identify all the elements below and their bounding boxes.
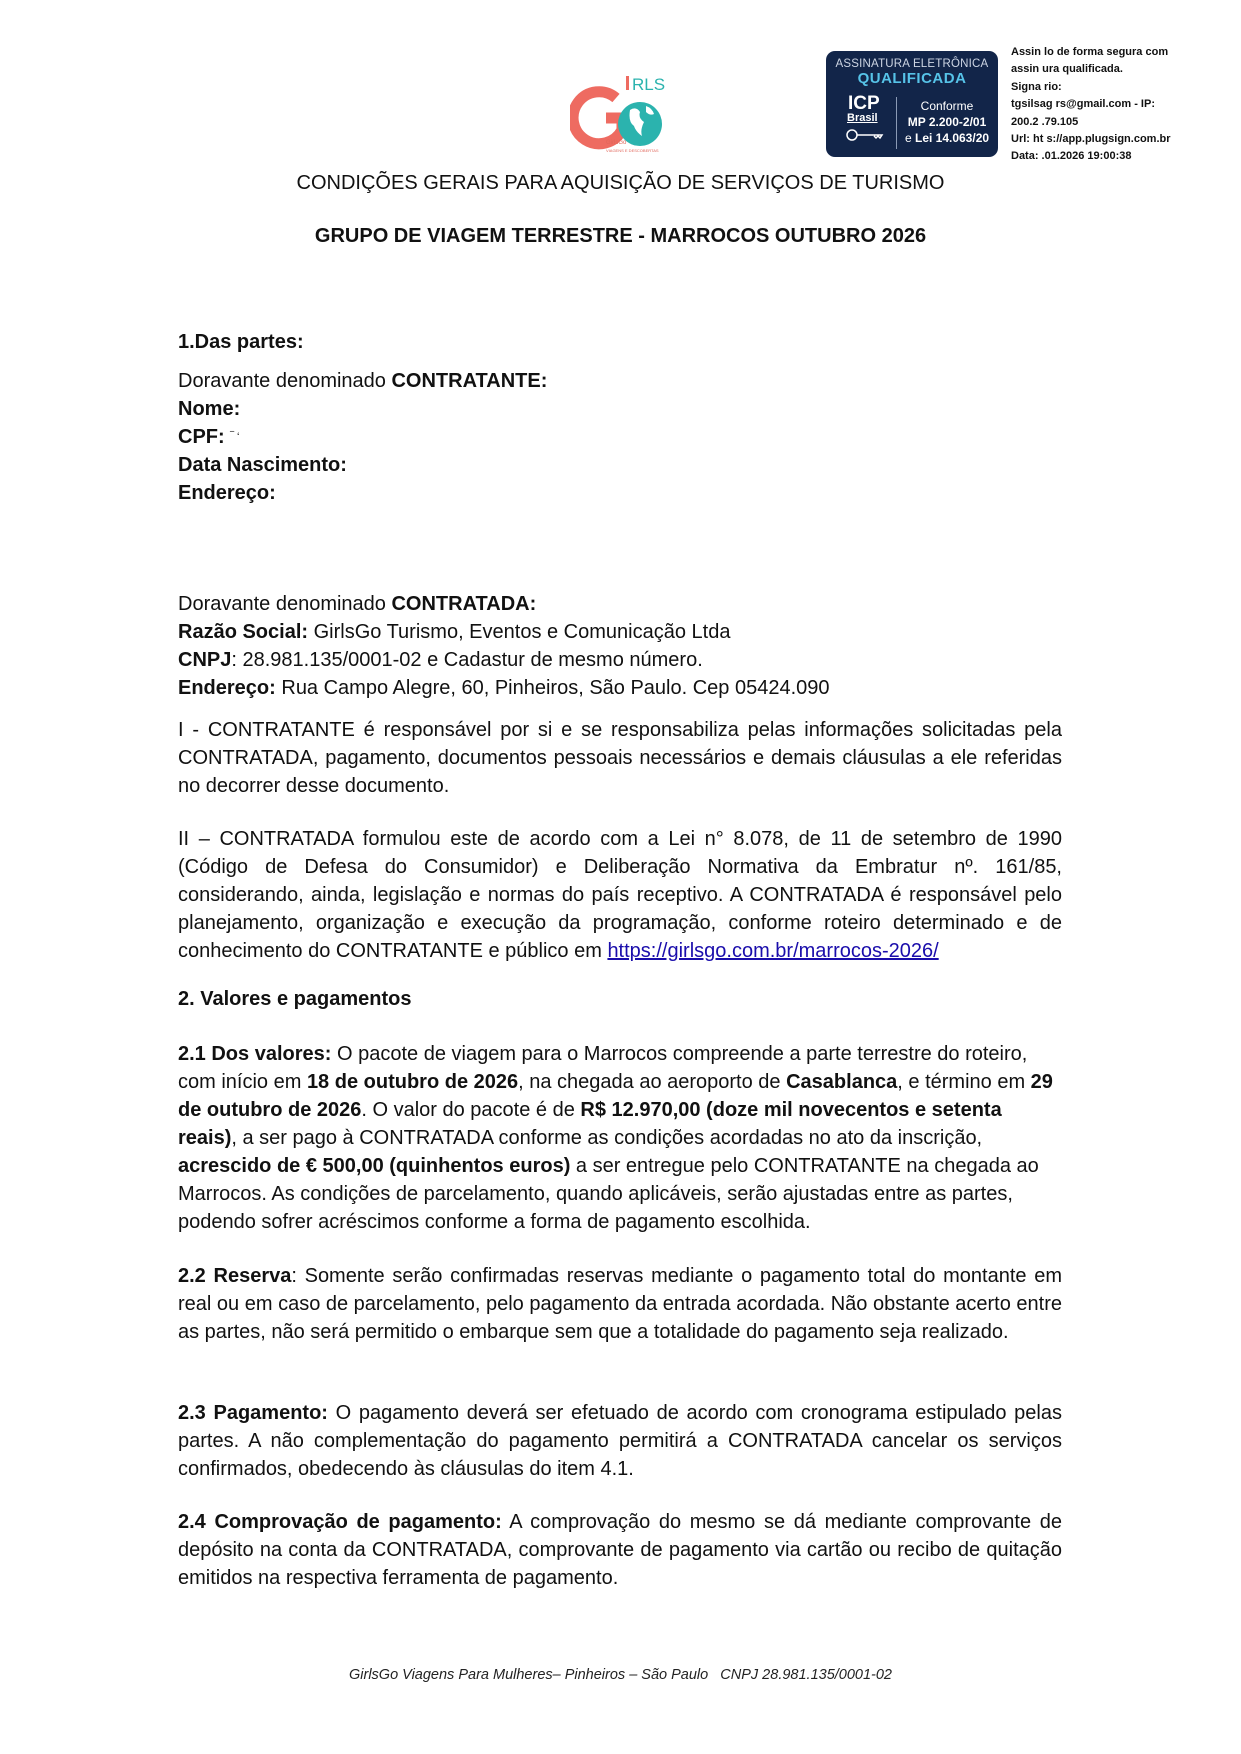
siginfo-line: Signa rio:	[1011, 79, 1241, 96]
clause-2-4: 2.4 Comprovação de pagamento: A comprova…	[178, 1508, 1062, 1592]
svg-text:RLS: RLS	[632, 75, 665, 94]
icp-signature-badge: ASSINATURA ELETRÔNICA QUALIFICADA ICP Br…	[826, 51, 998, 157]
siginfo-line: Url: ht s://app.plugsign.com.br	[1011, 131, 1241, 148]
contratada-block: Doravante denominado CONTRATADA: Razão S…	[178, 590, 1062, 702]
logo-subtitle: GirlsGo VIAGENS E DESCOBERTAS	[606, 140, 659, 154]
stamp-line2: QUALIFICADA	[826, 70, 998, 87]
cpf-label: CPF:	[178, 426, 225, 448]
siginfo-line: Assin lo de forma segura com	[1011, 44, 1241, 61]
page-footer: GirlsGo Viagens Para Mulheres– Pinheiros…	[0, 1667, 1241, 1683]
document-title: CONDIÇÕES GERAIS PARA AQUISIÇÃO DE SERVI…	[0, 172, 1241, 195]
icp-logo: ICP	[848, 95, 880, 112]
siginfo-line: Data: .01.2026 19:00:38	[1011, 148, 1241, 165]
clause-2-1: 2.1 Dos valores: O pacote de viagem para…	[178, 1040, 1062, 1236]
siginfo-line: tgsilsag rs@gmail.com - IP:	[1011, 96, 1241, 113]
icp-brasil-label: Brasil	[847, 112, 878, 124]
key-icon	[846, 128, 886, 142]
stamp-line1: ASSINATURA ELETRÔNICA	[826, 58, 998, 70]
stamp-divider	[896, 97, 897, 149]
clause-i: I - CONTRATANTE é responsável por si e s…	[178, 716, 1062, 800]
siginfo-line: 200.2 .79.105	[1011, 114, 1241, 131]
siginfo-line: assin ura qualificada.	[1011, 61, 1241, 78]
section2-heading: 2. Valores e pagamentos	[178, 985, 1062, 1013]
nome-label: Nome:	[178, 398, 240, 420]
cpf-value: ‾ ‘	[230, 431, 239, 443]
clause-ii: II – CONTRATADA formulou este de acordo …	[178, 825, 1062, 965]
marrocos-2026-link[interactable]: https://girlsgo.com.br/marrocos-2026/	[607, 940, 938, 962]
girlsgo-logo: RLS GirlsGo VIAGENS E DESCOBERTAS	[570, 68, 678, 160]
section1-heading: 1.Das partes:	[178, 328, 1062, 356]
endereco-label: Endereço:	[178, 482, 276, 504]
document-subtitle: GRUPO DE VIAGEM TERRESTRE - MARROCOS OUT…	[0, 225, 1241, 248]
nascimento-label: Data Nascimento:	[178, 454, 347, 476]
signature-info: Assin lo de forma segura com assin ura q…	[1011, 44, 1241, 166]
stamp-conformity: Conforme MP 2.200-2/01 e Lei 14.063/20	[898, 98, 996, 146]
contratante-block: Doravante denominado CONTRATANTE: Nome: …	[178, 367, 1062, 507]
clause-2-3: 2.3 Pagamento: O pagamento deverá ser ef…	[178, 1399, 1062, 1483]
clause-2-2: 2.2 Reserva: Somente serão confirmadas r…	[178, 1262, 1062, 1346]
